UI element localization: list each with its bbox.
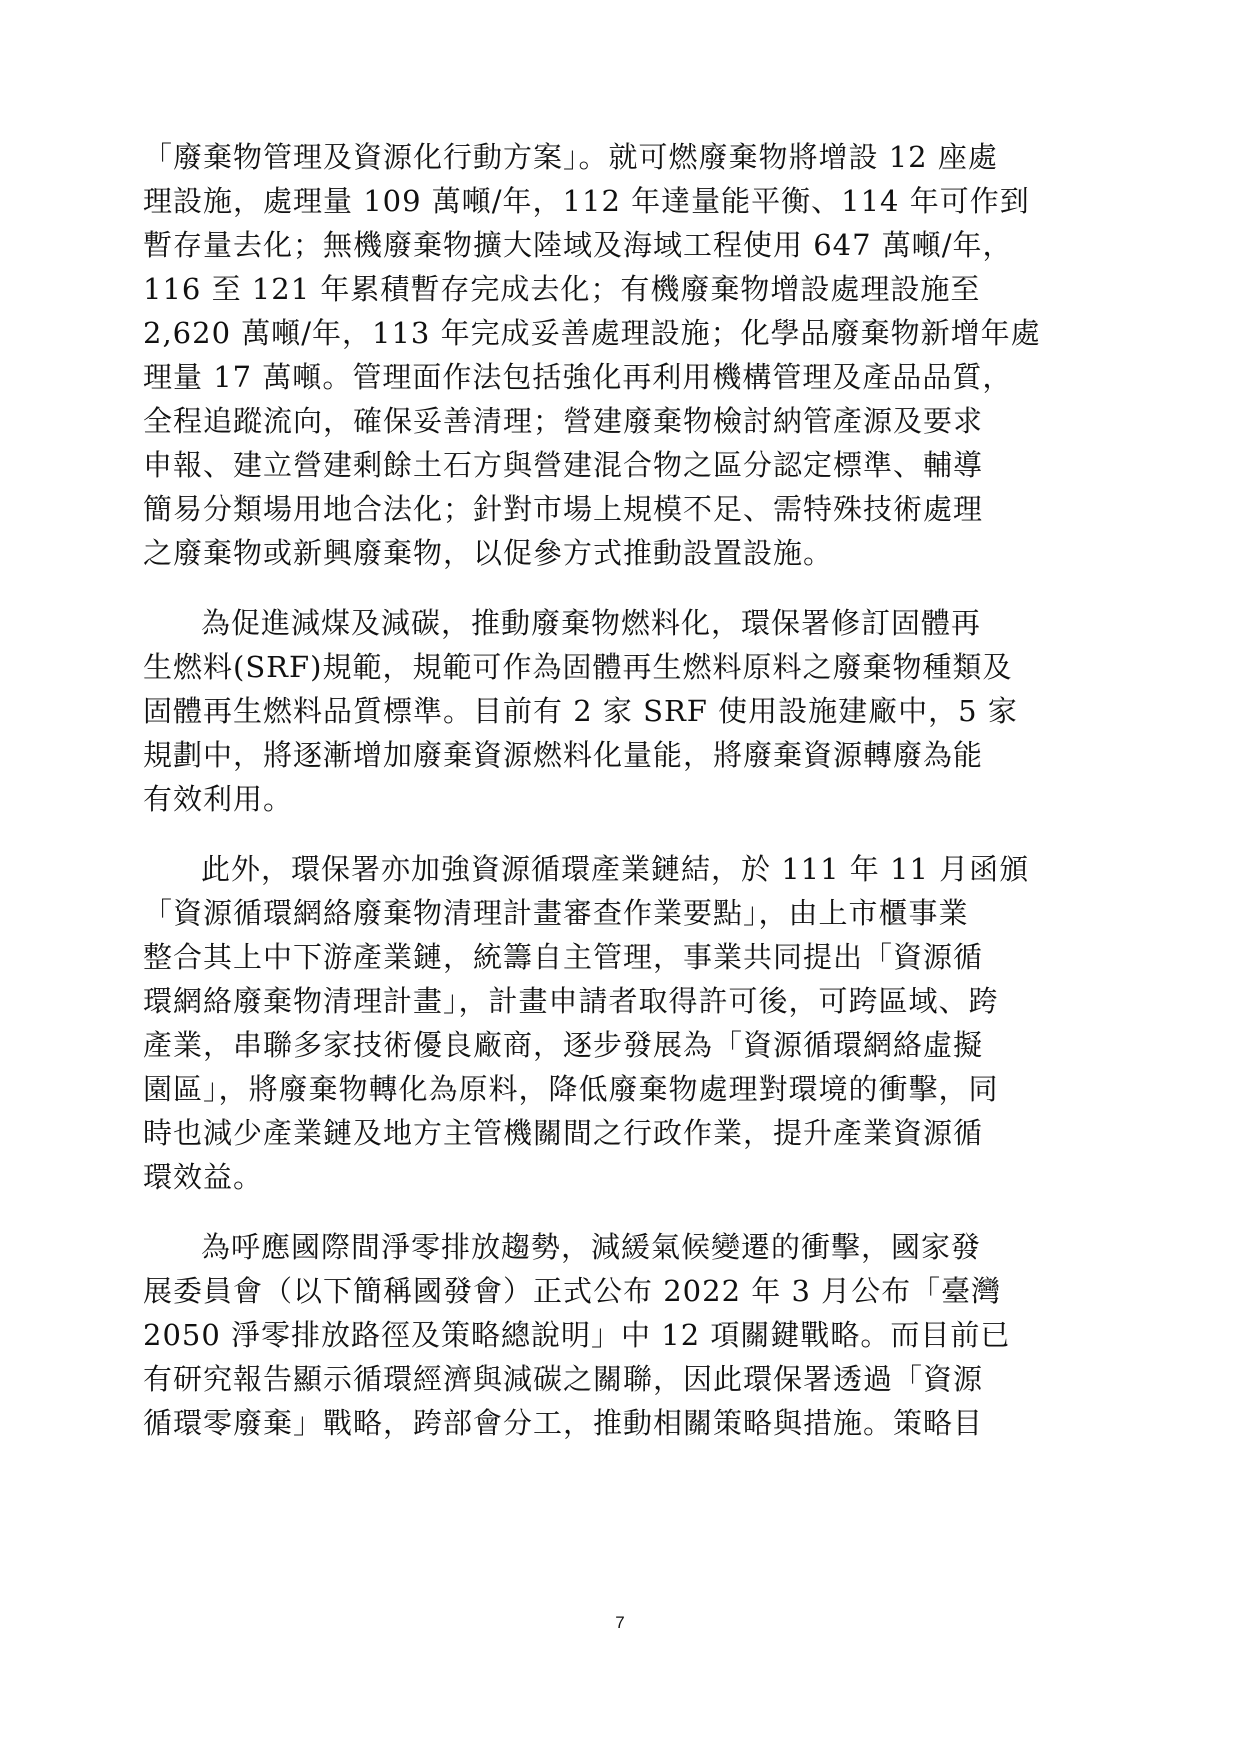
text-line: 環效益。 <box>143 1155 968 1199</box>
text-line: 「資源循環網絡廢棄物清理計畫審查作業要點」，由上市櫃事業 <box>143 891 968 935</box>
text-line: 有效利用。 <box>143 777 968 821</box>
document-page: 「廢棄物管理及資源化行動方案」。就可燃廢棄物將增設 12 座處 理設施，處理量 … <box>0 0 1240 1753</box>
text-line: 循環零廢棄」戰略，跨部會分工，推動相關策略與措施。策略目 <box>143 1401 968 1445</box>
text-line: 之廢棄物或新興廢棄物，以促參方式推動設置設施。 <box>143 531 968 575</box>
text-line: 固體再生燃料品質標準。目前有 2 家 SRF 使用設施建廠中，5 家 <box>143 689 968 733</box>
paragraph-resource-circulation-network: 此外，環保署亦加強資源循環產業鏈結，於 111 年 11 月函頒 「資源循環網絡… <box>143 847 968 1199</box>
text-line: 有研究報告顯示循環經濟與減碳之關聯，因此環保署透過「資源 <box>143 1357 968 1401</box>
paragraph-srf-fuel: 為促進減煤及減碳，推動廢棄物燃料化，環保署修訂固體再 生燃料(SRF)規範，規範… <box>143 601 968 821</box>
text-line: 環網絡廢棄物清理計畫」，計畫申請者取得許可後，可跨區域、跨 <box>143 979 968 1023</box>
paragraph-waste-management-plan: 「廢棄物管理及資源化行動方案」。就可燃廢棄物將增設 12 座處 理設施，處理量 … <box>143 135 968 575</box>
text-line: 暫存量去化；無機廢棄物擴大陸域及海域工程使用 647 萬噸/年， <box>143 223 968 267</box>
text-line: 116 至 121 年累積暫存完成去化；有機廢棄物增設處理設施至 <box>143 267 968 311</box>
page-number: 7 <box>0 1613 1240 1633</box>
text-line: 生燃料(SRF)規範，規範可作為固體再生燃料原料之廢棄物種類及 <box>143 645 968 689</box>
paragraph-net-zero-2050: 為呼應國際間淨零排放趨勢，減緩氣候變遷的衝擊，國家發 展委員會（以下簡稱國發會）… <box>143 1225 968 1445</box>
text-line: 全程追蹤流向，確保妥善清理；營建廢棄物檢討納管產源及要求 <box>143 399 968 443</box>
text-line: 2,620 萬噸/年，113 年完成妥善處理設施；化學品廢棄物新增年處 <box>143 311 968 355</box>
text-line: 此外，環保署亦加強資源循環產業鏈結，於 111 年 11 月函頒 <box>143 847 968 891</box>
text-line: 申報、建立營建剩餘土石方與營建混合物之區分認定標準、輔導 <box>143 443 968 487</box>
text-line: 2050 淨零排放路徑及策略總說明」中 12 項關鍵戰略。而目前已 <box>143 1313 968 1357</box>
text-line: 展委員會（以下簡稱國發會）正式公布 2022 年 3 月公布「臺灣 <box>143 1269 968 1313</box>
text-line: 時也減少產業鏈及地方主管機關間之行政作業，提升產業資源循 <box>143 1111 968 1155</box>
text-line: 產業，串聯多家技術優良廠商，逐步發展為「資源循環網絡虛擬 <box>143 1023 968 1067</box>
text-line: 理設施，處理量 109 萬噸/年，112 年達量能平衡、114 年可作到 <box>143 179 968 223</box>
text-line: 規劃中，將逐漸增加廢棄資源燃料化量能，將廢棄資源轉廢為能 <box>143 733 968 777</box>
text-line: 園區」，將廢棄物轉化為原料，降低廢棄物處理對環境的衝擊，同 <box>143 1067 968 1111</box>
body-text: 「廢棄物管理及資源化行動方案」。就可燃廢棄物將增設 12 座處 理設施，處理量 … <box>143 135 968 1471</box>
text-line: 整合其上中下游產業鏈，統籌自主管理，事業共同提出「資源循 <box>143 935 968 979</box>
text-line: 理量 17 萬噸。管理面作法包括強化再利用機構管理及產品品質， <box>143 355 968 399</box>
text-line: 簡易分類場用地合法化；針對市場上規模不足、需特殊技術處理 <box>143 487 968 531</box>
text-line: 為呼應國際間淨零排放趨勢，減緩氣候變遷的衝擊，國家發 <box>143 1225 968 1269</box>
text-line: 「廢棄物管理及資源化行動方案」。就可燃廢棄物將增設 12 座處 <box>143 135 968 179</box>
text-line: 為促進減煤及減碳，推動廢棄物燃料化，環保署修訂固體再 <box>143 601 968 645</box>
